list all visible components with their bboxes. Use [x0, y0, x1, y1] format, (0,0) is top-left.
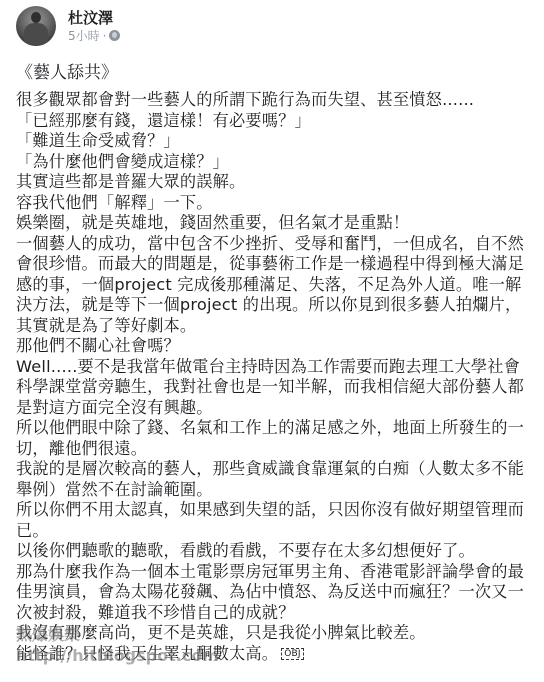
post-line: 以後你們聽歌的聽歌，看戲的看戲，不要存在太多幻想便好了。: [16, 541, 531, 562]
post-meta: 杜汶澤 5小時 ·: [68, 9, 120, 44]
post-line: 很多觀眾都會對一些藝人的所謂下跪行為而失望、甚至憤怒......: [16, 90, 531, 111]
post-line: 我說的是層次較高的藝人，那些貪威識食靠運氣的白痴（人數太多不能舉例）當然不在討論…: [16, 459, 531, 500]
post-line: Well.....要不是我當年做電台主持時因為工作需要而跑去理工大學社會科學課堂…: [16, 357, 531, 419]
post-title: 《藝人舔共》: [16, 62, 531, 84]
post-line: 其實這些都是普羅大眾的誤解。: [16, 172, 531, 193]
post-line: 那為什麼我作為一個本土電影票房冠軍男主角、香港電影評論學會的最佳男演員，會為太陽…: [16, 562, 531, 624]
globe-icon[interactable]: [109, 30, 120, 41]
post-line: 「為什麼他們會變成這樣？」: [16, 152, 531, 173]
post-line: 所以你們不用太認真，如果感到失望的話，只因你沒有做好期望管理而已。: [16, 500, 531, 541]
separator: ·: [103, 28, 107, 44]
post-line: 娛樂圈，就是英雄地，錢固然重要，但名氣才是重點！: [16, 213, 531, 234]
watermarked-lines: 我沒有那麼高尚，更不是英雄，只是我從小脾氣比較差。 能怪誰？只怪我天生睪丸酮數太…: [16, 623, 531, 664]
post-line: 「已經那麼有錢，還這樣！有必要嗎？」: [16, 111, 531, 132]
time-row: 5小時 ·: [68, 28, 120, 44]
post-time[interactable]: 5小時: [68, 28, 100, 44]
post-line: 容我代他們「解釋」一下。: [16, 193, 531, 214]
post-line: 那他們不關心社會嗎？: [16, 336, 531, 357]
post-line: 能怪誰？只怪我天生睪丸酮數太高。OBJ: [16, 644, 531, 665]
avatar-torso-shape: [24, 23, 48, 46]
post-body: 《藝人舔共》 很多觀眾都會對一些藝人的所謂下跪行為而失望、甚至憤怒...... …: [16, 62, 531, 664]
post-line: 所以他們眼中除了錢、名氣和工作上的滿足感之外，地面上所發生的一切，離他們很遠。: [16, 418, 531, 459]
post-line: 「難道生命受威脅？」: [16, 131, 531, 152]
post-line: 我沒有那麼高尚，更不是英雄，只是我從小脾氣比較差。: [16, 623, 531, 644]
avatar[interactable]: [16, 6, 56, 46]
post-header: 杜汶澤 5小時 ·: [16, 6, 120, 46]
post-line: 一個藝人的成功，當中包含不少挫折、受辱和奮鬥，一但成名，自不然會很珍惜。而最大的…: [16, 234, 531, 337]
author-name[interactable]: 杜汶澤: [68, 9, 120, 28]
post-line-text: 能怪誰？只怪我天生睪丸酮數太高。: [16, 644, 278, 663]
avatar-head-shape: [31, 12, 41, 23]
object-placeholder-icon: OBJ: [281, 648, 304, 660]
